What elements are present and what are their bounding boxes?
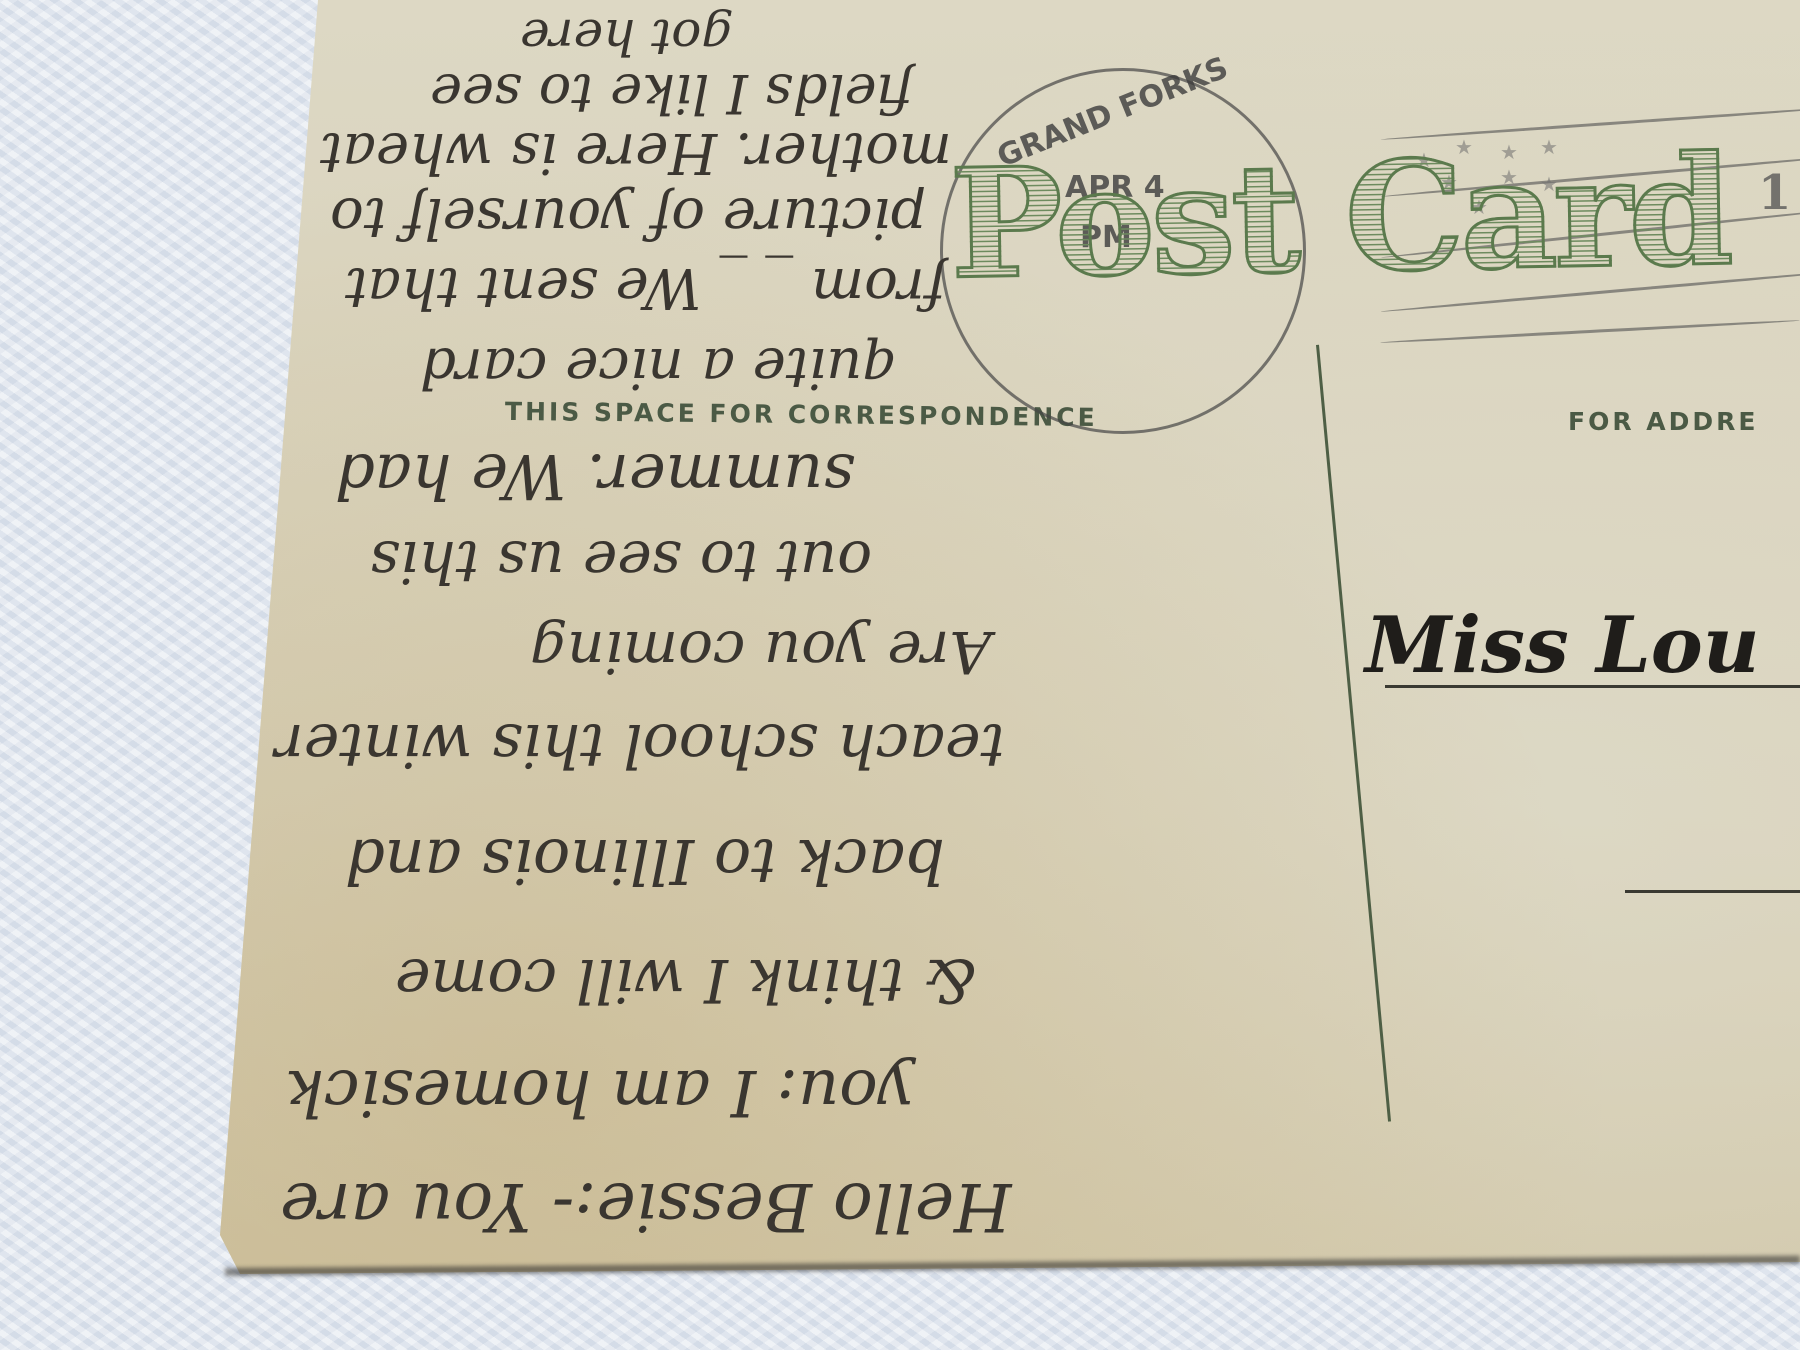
message-line: you: I am homesick — [285, 1055, 914, 1129]
message-line: teach school this winter — [275, 710, 1005, 780]
postcard: THIS SPACE FOR CORRESPONDENCE FOR ADDRE … — [0, 0, 1800, 1350]
message-line: & think I will come — [395, 945, 976, 1015]
message-line: fields I like to see — [430, 62, 913, 125]
message-line: out to see us this — [370, 528, 872, 596]
message-line: picture of yourself to — [330, 185, 926, 250]
message-line: Hello Bessie:- You are — [280, 1168, 1012, 1245]
message-line: from _ _ We sent that — [345, 255, 945, 320]
message-line: back to Illinois and — [345, 825, 945, 898]
message-line: quite a nice card — [420, 335, 898, 400]
handwritten-message: Hello Bessie:- You are you: I am homesic… — [0, 0, 1800, 1350]
message-line: Are you coming — [530, 618, 991, 686]
message-line: summer. We had — [335, 440, 855, 513]
message-line: mother. Here is wheat — [320, 120, 952, 185]
message-line: got here — [520, 8, 733, 66]
